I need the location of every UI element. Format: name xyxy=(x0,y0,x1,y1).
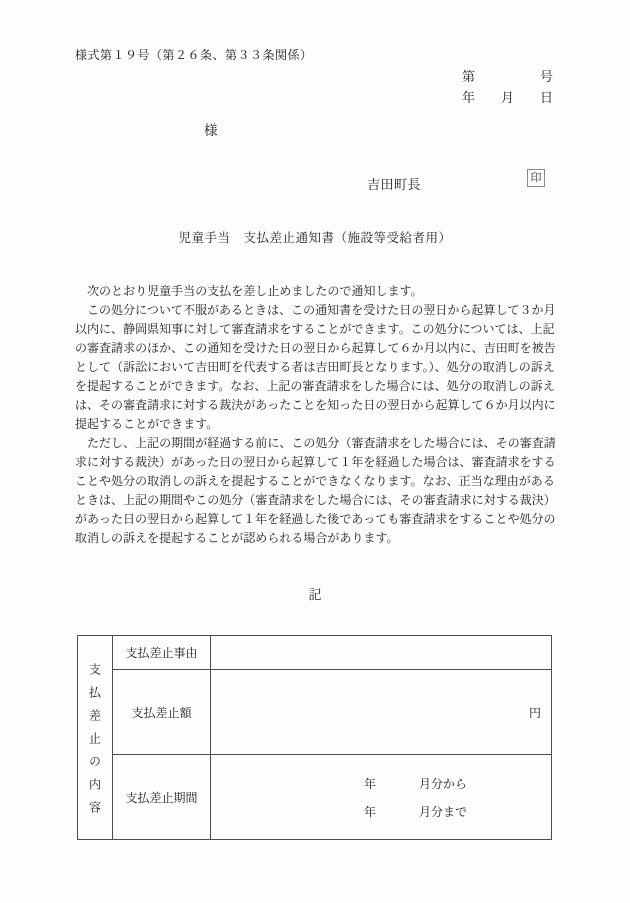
body-line: があった日の翌日から起算して１年を経過した後であっても審査請求をすることや処分の xyxy=(75,510,556,529)
suspension-reason-label: 支払差止事由 xyxy=(113,636,211,670)
doc-number-prefix: 第 xyxy=(462,66,475,85)
body-line: の審査請求のほか、この通知を受けた日の翌日から起算して６か月以内に、吉田町を被告 xyxy=(75,339,556,358)
period-to-line: 年 月分まで xyxy=(211,803,551,820)
suspension-amount-value: 円 xyxy=(211,670,551,755)
period-to-suffix-label: 月分まで xyxy=(419,803,467,820)
body-line: 次のとおり児童手当の支払を差し止めましたので通知します。 xyxy=(75,282,556,301)
doc-number-suffix: 号 xyxy=(540,66,553,85)
suspension-details-table: 支払差止の内容 支払差止事由 支払差止額 円 支払差止期間 年 月分から 年 月… xyxy=(77,635,552,840)
body-line: を提起することができます。なお、上記の審査請求をした場合には、処分の取消しの訴え xyxy=(75,377,556,396)
body-line: は、その審査請求に対する裁決があったことを知った日の翌日から起算して６か月以内に xyxy=(75,396,556,415)
body-line: ことや処分の取消しの訴えを提起することができなくなります。なお、正当な理由がある xyxy=(75,472,556,491)
seal-stamp-icon: 印 xyxy=(527,169,545,187)
date-day-label: 日 xyxy=(540,87,553,106)
yen-unit-label: 円 xyxy=(529,704,541,721)
body-line: ただし、上記の期間が経過する前に、この処分（審査請求をした場合には、その審査請 xyxy=(75,434,556,453)
form-number-label: 様式第１９号（第２６条、第３３条関係） xyxy=(75,46,313,63)
body-line: として（訴訟において吉田町を代表する者は吉田町長となります。）、処分の取消しの訴… xyxy=(75,358,556,377)
body-line: 求に対する裁決）があった日の翌日から起算して１年を経過した場合は、審査請求をする xyxy=(75,453,556,472)
ki-heading: 記 xyxy=(75,584,555,603)
addressee-suffix: 様 xyxy=(204,119,218,139)
document-page: 様式第１９号（第２６条、第３３条関係） 第 号 年 月 日 様 吉田町長 印 児… xyxy=(0,0,630,903)
body-line: 以内に、静岡県知事に対して審査請求をすることができます。この処分については、上記 xyxy=(75,320,556,339)
doc-number-line: 第 号 xyxy=(462,66,553,85)
sender-name: 吉田町長 xyxy=(367,174,421,193)
period-from-line: 年 月分から xyxy=(211,775,551,792)
period-to-year-label: 年 xyxy=(364,803,376,820)
suspension-reason-value xyxy=(211,636,551,670)
date-year-label: 年 xyxy=(462,87,475,106)
period-from-suffix-label: 月分から xyxy=(419,775,467,792)
suspension-amount-label: 支払差止額 xyxy=(113,670,211,755)
suspension-period-label: 支払差止期間 xyxy=(113,755,211,839)
body-line: ときは、上記の期間やこの処分（審査請求をした場合には、その審査請求に対する裁決） xyxy=(75,491,556,510)
body-paragraphs: 次のとおり児童手当の支払を差し止めましたので通知します。 この処分について不服が… xyxy=(75,282,556,548)
document-title: 児童手当 支払差止通知書（施設等受給者用） xyxy=(75,228,555,246)
period-from-year-label: 年 xyxy=(364,775,376,792)
date-line: 年 月 日 xyxy=(462,87,553,106)
body-line: 提起することができます。 xyxy=(75,415,556,434)
suspension-period-value: 年 月分から 年 月分まで xyxy=(211,755,551,839)
body-line: 取消しの訴えを提起することが認められる場合があります。 xyxy=(75,529,556,548)
body-line: この処分について不服があるときは、この通知書を受けた日の翌日から起算して３か月 xyxy=(75,301,556,320)
table-vertical-header: 支払差止の内容 xyxy=(78,636,113,839)
date-month-label: 月 xyxy=(501,87,514,106)
